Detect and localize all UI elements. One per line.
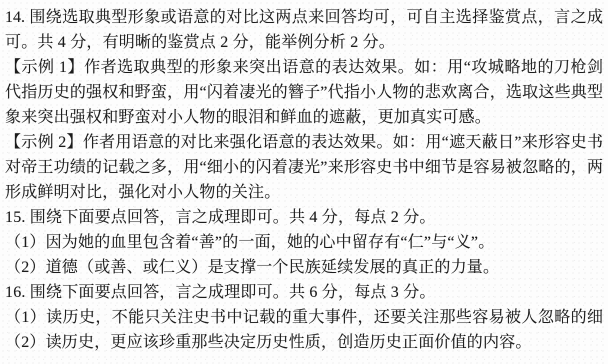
answer-16-header: 16. 围绕下面要点回答，言之成理即可。共 6 分，每点 3 分。	[5, 280, 603, 305]
answer-15-point-1: （1）因为她的血里包含着“善”的一面，她的心中留存有“仁”与“义”。	[5, 230, 603, 255]
answer-16-point-2: （2）读历史，更应该珍重那些决定历史性质，创造历史正面价值的内容。	[5, 330, 603, 355]
example-1-line-2: 代指历史的强权和野蛮，用“闪着凄光的簪子”代指小人物的悲欢离合，选取这些典型形	[5, 80, 603, 105]
answer-15-point-2: （2）道德（或善、或仁义）是支撑一个民族延续发展的真正的力量。	[5, 255, 603, 280]
answer-15-header: 15. 围绕下面要点回答，言之成理即可。共 4 分，每点 2 分。	[5, 205, 603, 230]
example-1-line-3: 象来突出强权和野蛮对小人物的眼泪和鲜血的遮蔽，更加真实可感。	[5, 105, 603, 130]
answer-14-line-1: 14. 围绕选取典型形象或语意的对比这两点来回答均可，可自主选择鉴赏点，言之成理…	[5, 5, 603, 30]
example-1-line-1: 【示例 1】作者选取典型的形象来突出语意的表达效果。如：用“攻城略地的刀枪剑戟”	[5, 55, 603, 80]
answer-14-line-2: 可。共 4 分，有明晰的鉴赏点 2 分，能举例分析 2 分。	[5, 30, 603, 55]
example-2-line-2: 对帝王功绩的记载之多，用“细小的闪着凄光”来形容史书中细节是容易被忽略的，两者	[5, 155, 603, 180]
document-page: 14. 围绕选取典型形象或语意的对比这两点来回答均可，可自主选择鉴赏点，言之成理…	[0, 0, 608, 364]
answer-16-point-1: （1）读历史，不能只关注史书中记载的重大事件，还要关注那些容易被人忽略的细节。	[5, 305, 603, 330]
example-2-line-3: 形成鲜明对比，强化对小人物的关注。	[5, 180, 603, 205]
example-2-line-1: 【示例 2】作者用语意的对比来强化语意的表达效果。如：用“遮天蔽日”来形容史书中	[5, 130, 603, 155]
